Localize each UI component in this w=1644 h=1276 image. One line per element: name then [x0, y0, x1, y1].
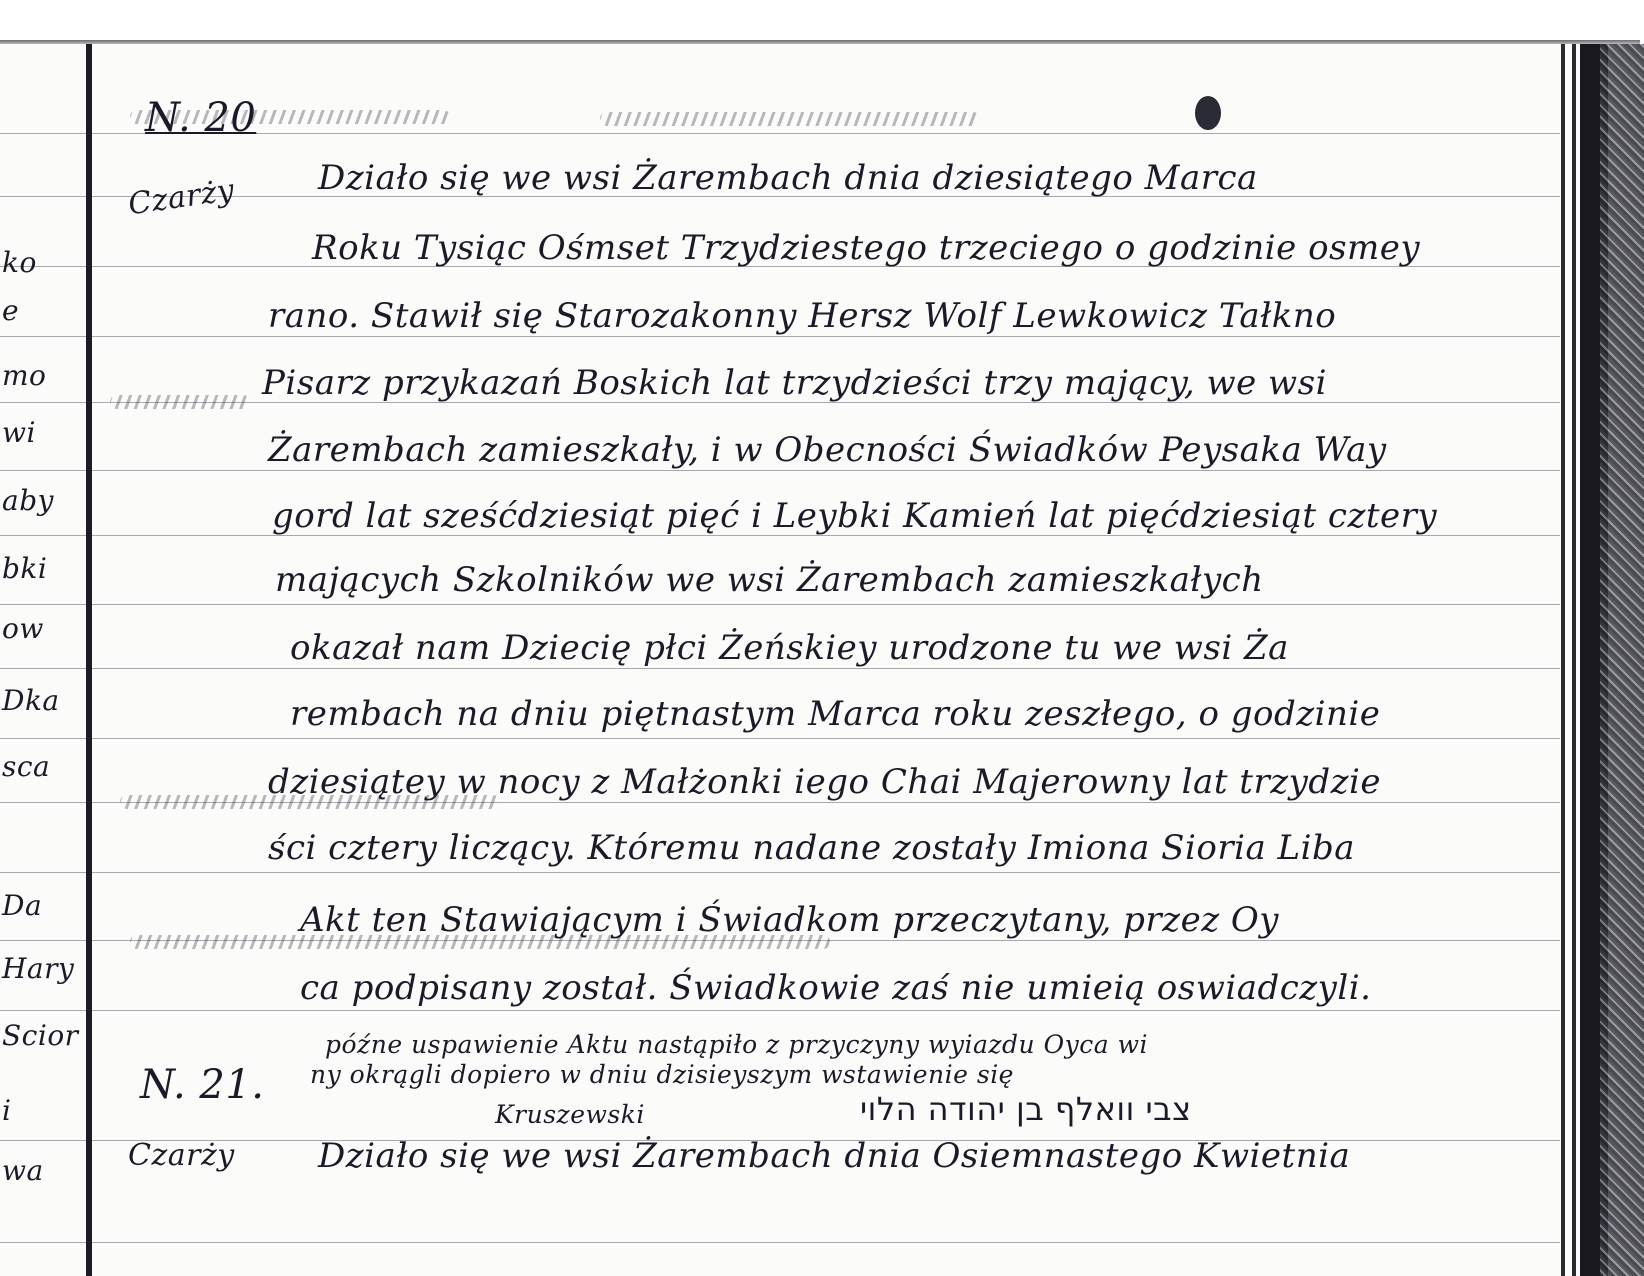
binding-edge — [1572, 44, 1576, 1276]
binding-texture — [1600, 44, 1644, 1276]
left-fragment: Da — [2, 889, 42, 922]
binding-edge — [1561, 44, 1565, 1276]
left-page-fragment-column: ko e mo wi aby bki ow Dka sca Da Hary Sc… — [0, 44, 86, 1276]
left-fragment: Dka — [2, 684, 60, 717]
entry-line: rembach na dniu piętnastym Marca roku ze… — [290, 694, 1380, 734]
ruled-line — [0, 470, 1560, 471]
annotation-line: ny okrągli dopiero w dniu dzisieyszym ws… — [310, 1060, 1014, 1089]
left-fragment: wa — [2, 1154, 44, 1187]
entry-line: Pisarz przykazań Boskich lat trzydzieści… — [262, 363, 1327, 403]
ruled-line — [0, 604, 1560, 605]
entry-line: Działo się we wsi Żarembach dnia Osiemna… — [318, 1136, 1350, 1176]
left-fragment: ko — [2, 246, 37, 279]
bleed-through-smudge — [600, 112, 980, 126]
entry-place-note: Czarży — [128, 1138, 235, 1173]
left-fragment: bki — [2, 552, 47, 585]
entry-line: Roku Tysiąc Ośmset Trzydziestego trzecie… — [312, 228, 1420, 268]
left-fragment: i — [2, 1094, 11, 1127]
official-signature: Kruszewski — [495, 1100, 645, 1129]
ruled-line — [0, 872, 1560, 873]
entry-line: Działo się we wsi Żarembach dnia dziesią… — [318, 158, 1258, 198]
entry-line: Akt ten Stawiającym i Świadkom przeczyta… — [300, 900, 1279, 940]
entry-line: ści cztery liczący. Któremu nadane zosta… — [268, 828, 1355, 868]
left-fragment: ow — [2, 612, 44, 645]
ruled-line — [0, 1010, 1560, 1011]
entry-line: Żarembach zamieszkały, i w Obecności Świ… — [268, 430, 1387, 470]
left-fragment: wi — [2, 416, 36, 449]
entry-number: N. 20 — [145, 95, 256, 141]
entry-line: mających Szkolników we wsi Żarembach zam… — [275, 560, 1264, 600]
entry-line: rano. Stawił się Starozakonny Hersz Wolf… — [268, 296, 1336, 336]
left-fragment: sca — [2, 750, 50, 783]
left-fragment: Hary — [2, 952, 74, 985]
entry-number: N. 21. — [140, 1062, 264, 1108]
entry-line: ca podpisany został. Świadkowie zaś nie … — [300, 968, 1371, 1008]
ruled-line — [0, 1242, 1560, 1243]
left-fragment: aby — [2, 484, 54, 517]
left-fragment: e — [2, 294, 19, 327]
entry-line: dziesiątey w nocy z Małżonki iego Chai M… — [268, 762, 1381, 802]
bleed-through-smudge — [110, 395, 250, 409]
left-fragment: mo — [2, 359, 46, 392]
annotation-line: późne uspawienie Aktu nastąpiło z przycz… — [325, 1030, 1148, 1059]
page-top-edge — [0, 40, 1640, 44]
hebrew-signature: צבי וואלף בן יהודה הלוי — [860, 1090, 1192, 1128]
entry-line: okazał nam Dziecię płci Żeńskiey urodzon… — [290, 628, 1289, 668]
ruled-line — [0, 738, 1560, 739]
ruled-line — [0, 336, 1560, 337]
margin-rule — [86, 44, 92, 1276]
ruled-line — [0, 668, 1560, 669]
entry-line: gord lat sześćdziesiąt pięć i Leybki Kam… — [272, 496, 1437, 536]
left-fragment: Scior — [2, 1019, 79, 1052]
ink-blot — [1195, 96, 1221, 130]
scan-top-margin — [0, 0, 1644, 42]
